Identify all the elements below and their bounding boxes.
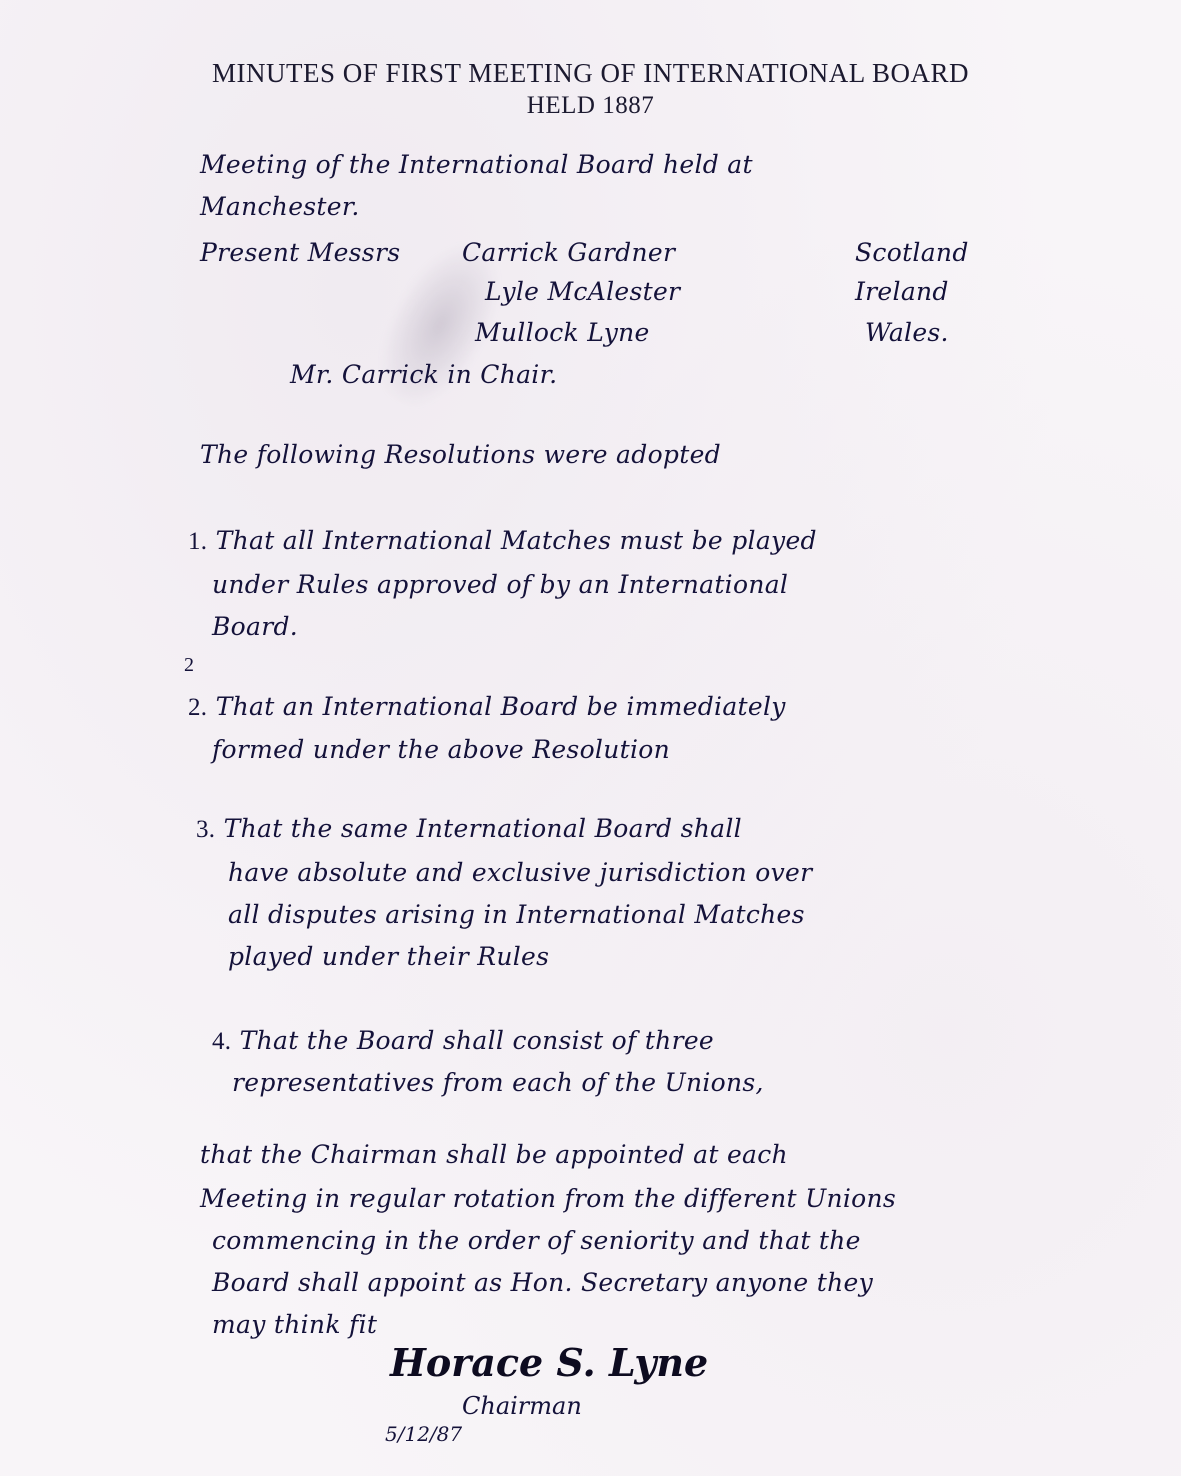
- present-country-wales: Wales.: [865, 318, 949, 347]
- resolution-line: That all International Matches must be p…: [216, 526, 817, 555]
- resolution-line: have absolute and exclusive jurisdiction…: [228, 858, 812, 887]
- present-label: Present Messrs: [200, 238, 400, 267]
- resolution-line: all disputes arising in International Ma…: [228, 900, 805, 929]
- document-title: MINUTES OF FIRST MEETING OF INTERNATIONA…: [0, 58, 1181, 89]
- resolution-line: That the same International Board shall: [224, 814, 742, 843]
- intro-line: Meeting of the International Board held …: [200, 150, 753, 179]
- resolution-number: 4.: [212, 1028, 231, 1055]
- closing-line: that the Chairman shall be appointed at …: [200, 1140, 788, 1169]
- stray-mark: 2: [184, 654, 194, 677]
- resolution-line: That the Board shall consist of three: [240, 1026, 714, 1055]
- present-names-scotland: Carrick Gardner: [462, 238, 675, 267]
- signature-title: Chairman: [462, 1392, 582, 1420]
- resolution-number: 3.: [196, 816, 215, 843]
- closing-line: Meeting in regular rotation from the dif…: [200, 1184, 896, 1213]
- present-country-ireland: Ireland: [855, 277, 949, 306]
- resolution-number: 2.: [188, 694, 207, 721]
- closing-line: commencing in the order of seniority and…: [212, 1226, 861, 1255]
- chairman-signature: Horace S. Lyne: [390, 1340, 708, 1385]
- closing-line: Board shall appoint as Hon. Secretary an…: [212, 1268, 873, 1297]
- resolution-line: representatives from each of the Unions,: [232, 1068, 764, 1097]
- resolution-line: under Rules approved of by an Internatio…: [212, 570, 788, 599]
- resolution-line: formed under the above Resolution: [212, 735, 670, 764]
- closing-line: may think fit: [212, 1310, 377, 1339]
- document-subtitle: HELD 1887: [0, 92, 1181, 120]
- intro-location: Manchester.: [200, 192, 360, 221]
- present-names-ireland: Lyle McAlester: [485, 277, 680, 306]
- signature-date: 5/12/87: [385, 1422, 462, 1446]
- resolution-line: played under their Rules: [228, 942, 549, 971]
- resolution-number: 1.: [188, 528, 207, 555]
- chair-line: Mr. Carrick in Chair.: [290, 360, 557, 389]
- present-country-scotland: Scotland: [855, 238, 969, 267]
- document-page: MINUTES OF FIRST MEETING OF INTERNATIONA…: [0, 0, 1181, 1476]
- resolutions-intro: The following Resolutions were adopted: [200, 440, 721, 469]
- resolution-line: That an International Board be immediate…: [216, 692, 786, 721]
- resolution-line: Board.: [212, 612, 298, 641]
- present-names-wales: Mullock Lyne: [475, 318, 650, 347]
